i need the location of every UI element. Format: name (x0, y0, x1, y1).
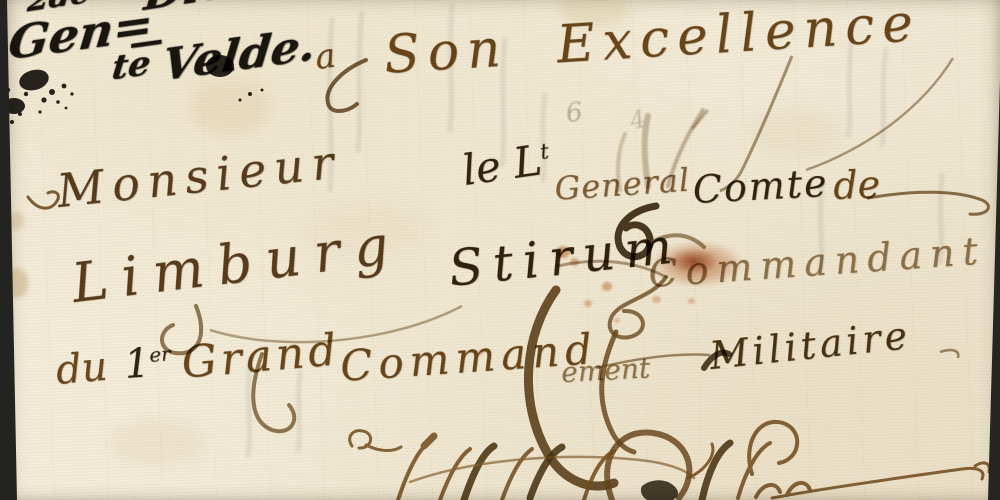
postmark-line1-word: Divisie (142, 0, 318, 21)
rust-fleck (614, 318, 620, 323)
cutoff-script-line (350, 422, 990, 500)
rust-fleck (688, 298, 695, 304)
address-prefix: a (312, 36, 338, 78)
rust-fleck (652, 296, 661, 303)
letter-paper: 6 4 (0, 0, 1000, 500)
ink-hook (28, 192, 58, 208)
paper-stain (750, 110, 840, 155)
address-line4-word: Militaire (707, 313, 913, 378)
address-line2-word: de (832, 162, 880, 208)
address-line1: Son Excellence (382, 0, 922, 86)
address-line2-word: Monsieur (54, 134, 344, 218)
address-line4-word: ement (560, 351, 651, 389)
address-line4-word: Grand (180, 324, 343, 389)
address-line4-word: du (54, 344, 109, 394)
rust-fleck (602, 282, 612, 291)
address-line4-word: 1er (123, 339, 173, 388)
address-line2-word: le Lt (459, 134, 553, 195)
address-line2-word: Comte (692, 161, 830, 212)
address-line3-word: Limburg (68, 212, 405, 315)
de-tail (868, 192, 988, 214)
postmark-line3-word: te (110, 43, 153, 88)
pencil-mark: 4 (627, 105, 649, 136)
pencil-mark: 6 (564, 97, 585, 129)
postmark-line3-word: Velde. (160, 20, 318, 91)
rust-fleck (584, 300, 592, 307)
address-line2-word: General (553, 161, 691, 208)
paper-stain (190, 80, 270, 135)
paper-stain (6, 268, 28, 298)
address-line3-word: Commandant (647, 229, 987, 296)
paper-stain (110, 420, 205, 465)
scan-background: 6 4 (0, 0, 1000, 500)
paper-stain (8, 212, 24, 230)
